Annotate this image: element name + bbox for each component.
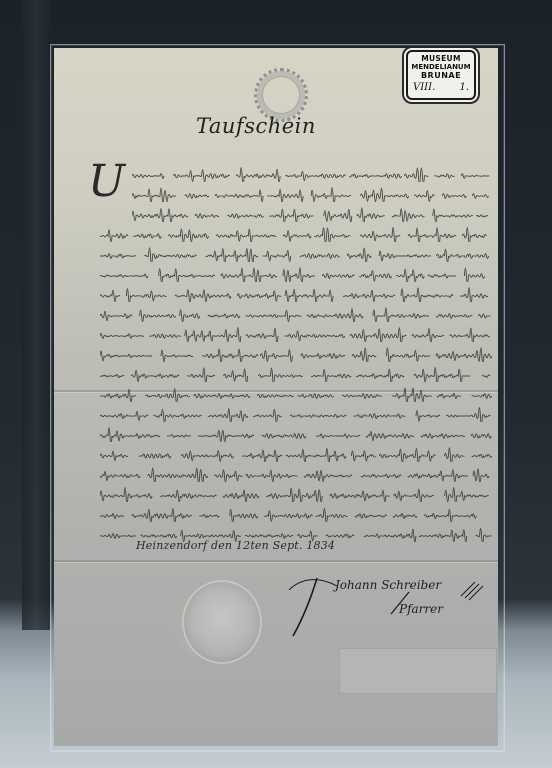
background-wall-panel [22, 0, 50, 630]
acrylic-display-case [50, 44, 505, 752]
